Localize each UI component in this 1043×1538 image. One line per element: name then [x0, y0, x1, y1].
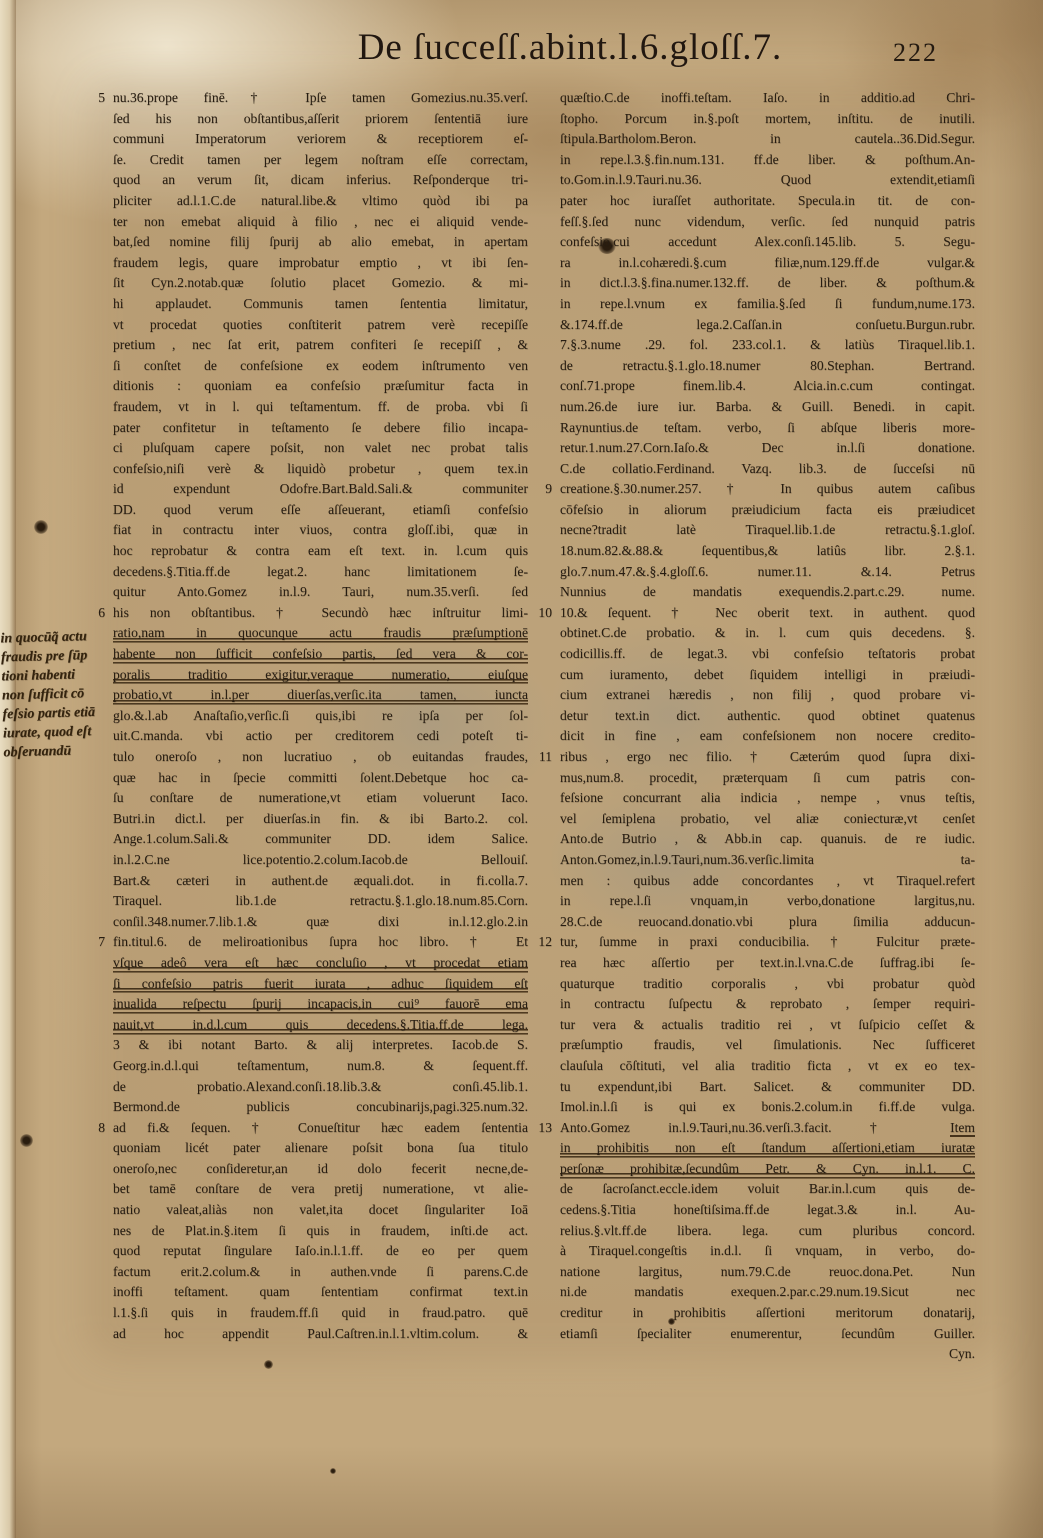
text-line: tulo oneroſo , non lucratiuo , ob euitan… [113, 747, 528, 768]
line-text: probatio,vt in.l.per diuerſas,verſic.ita… [113, 687, 528, 702]
text-line: bet tamē conſtare de vera pretij numerat… [113, 1179, 528, 1200]
line-text: inualida reſpectu ſpurij incapacis,in cu… [113, 996, 528, 1011]
line-text: quæſtio.C.de inoffi.teſtam. Iaſo. in add… [560, 90, 975, 105]
text-line: Raynuntius.de teſtam. verbo, ſi abſque l… [560, 418, 975, 439]
text-line: &.174.ff.de lega.2.Caſſan.in conſuetu.Bu… [560, 315, 975, 336]
text-line: præſumptio fraudis, vel ſimulationis. Ne… [560, 1035, 975, 1056]
underlined-word: Item [950, 1120, 975, 1135]
text-line: in repe.l.vnum ex familia.§.ſed ſi fundu… [560, 294, 975, 315]
text-line: hi applaudet. Communis tamen ſententia l… [113, 294, 528, 315]
margin-number: 13 [524, 1118, 552, 1139]
line-text: Anton.Gomez,in.l.9.Tauri,num.36.verſic.l… [560, 852, 975, 867]
handwritten-marginalia: in quocūq̃ actufraudis pre ſūptioni habe… [0, 627, 111, 763]
line-text: cium extranei hæredis , non filij , quod… [560, 687, 975, 702]
line-text: 10.& ſequent. † Nec oberit text. in auth… [560, 605, 975, 620]
line-text: tulo oneroſo , non lucratiuo , ob euitan… [113, 749, 528, 764]
line-text: vt procedat quoties conſtiterit patrem v… [113, 317, 528, 332]
line-text: in dict.l.3.§.fina.numer.132.ff. de libe… [560, 275, 975, 290]
text-line: Bermond.de publicis concubinarijs,pagi.3… [113, 1097, 528, 1118]
margin-number: 6 [77, 603, 105, 624]
line-text: Raynuntius.de teſtam. verbo, ſi abſque l… [560, 420, 975, 435]
text-line: retur.1.num.27.Corn.Iaſo.& Dec in.l.ſi d… [560, 438, 975, 459]
line-text: natione largitus, num.79.C.de reuoc.dona… [560, 1264, 975, 1279]
text-line: Ange.1.colum.Sali.& communiter DD. idem … [113, 829, 528, 850]
line-text: l.1.§.ſi quis in fraudem.ff.ſi quid in f… [113, 1305, 528, 1320]
text-line: quod an verum ſit, dicam inferius. Reſpo… [113, 170, 528, 191]
text-line: tu expendunt,ibi Bart. Salicet. & commun… [560, 1077, 975, 1098]
text-line: vel ſemiplena probatio, vel aliæ coniect… [560, 809, 975, 830]
text-line: fraudem, vt in l. qui teſtamentum. ff. d… [113, 397, 528, 418]
line-text: ter non emebat aliquid à filio , nec ei … [113, 214, 528, 229]
text-line: ſed his non obſtantibus,aſſerit priorem … [113, 109, 528, 130]
text-column-right: quæſtio.C.de inoffi.teſtam. Iaſo. in add… [560, 88, 975, 1365]
text-line: ſe. Credit tamen per legem noſtram eſſe … [113, 150, 528, 171]
text-line: ſu conſtare de numeratione,vt etiam volu… [113, 788, 528, 809]
line-text: pretium , nec ſat erit, patrem confiteri… [113, 337, 528, 352]
line-text: Ange.1.colum.Sali.& communiter DD. idem … [113, 831, 528, 846]
line-text: fraudem, vt in l. qui teſtamentum. ff. d… [113, 399, 528, 414]
text-line: nauit,vt in.d.l.cum quis decedens.§.Titi… [113, 1015, 528, 1036]
text-line: 28.C.de reuocand.donatio.vbi plura ſimil… [560, 912, 975, 933]
text-column-left: 5nu.36.prope finē.† Ipſe tamen Gomezius.… [113, 88, 528, 1344]
text-line: num.26.de iure iur. Barba. & Guill. Bene… [560, 397, 975, 418]
text-line: dicit in fine , eam confeſsionem non noc… [560, 726, 975, 747]
text-line: ſit Cyn.2.notab.quæ ſolutio placet Gomez… [113, 273, 528, 294]
text-line: pliciter ad.l.1.C.de natural.libe.& vlti… [113, 191, 528, 212]
line-text: pater confitetur in teſtamento ſe debere… [113, 420, 528, 435]
line-text: à Tiraquel.congeſtis in.d.l. ſi vnquam, … [560, 1243, 975, 1258]
line-text: obtinet.C.de probatio. & in. l. cum quis… [560, 625, 975, 640]
adjacent-page-edge [0, 0, 16, 1538]
line-text: de probatio.Alexand.conſi.18.lib.3.& con… [113, 1079, 528, 1094]
text-line: rea hæc aſſertio per text.in.l.vna.C.de … [560, 953, 975, 974]
text-line: ſtipula.Bartholom.Beron. in cautela..36.… [560, 129, 975, 150]
line-text: ad fi.& ſequen. † Conueſtitur hæc eadem … [113, 1120, 528, 1135]
text-line: in repe.l.ſi vnquam,in verbo,donatione l… [560, 891, 975, 912]
text-line: quoniam licét pater alienare poſsit bona… [113, 1138, 528, 1159]
line-text: bet tamē conſtare de vera pretij numerat… [113, 1181, 528, 1196]
line-text: conſil.348.numer.7.lib.1.& quæ dixi in.l… [113, 914, 528, 929]
text-line: C.de collatio.Ferdinand. Vazq. lib.3. de… [560, 459, 975, 480]
line-text: men : quibus adde concordantes , vt Tira… [560, 873, 975, 888]
text-line: ter non emebat aliquid à filio , nec ei … [113, 212, 528, 233]
marginalia-line: feſsio partis etiā [2, 703, 110, 725]
line-text: hoc reprobatur & contra eam eſt text. in… [113, 543, 528, 558]
text-line: quæ hac in ſpecie committi ſolent.Debetq… [113, 768, 528, 789]
text-line: glo.&.l.ab Anaſtaſio,verſic.ſi quis,ibi … [113, 706, 528, 727]
margin-number: 7 [77, 932, 105, 953]
text-line: detur text.in dict. authentic. quod obti… [560, 706, 975, 727]
line-text: Anto.de Butrio , & Abb.in cap. quanuis. … [560, 831, 975, 846]
text-line: in dict.l.3.§.fina.numer.132.ff. de libe… [560, 273, 975, 294]
text-line: tur vera & actualis traditio rei , vt ſu… [560, 1015, 975, 1036]
margin-number: 9 [524, 479, 552, 500]
line-text: etiamſi ſpecialiter enumerentur, ſecundû… [560, 1326, 975, 1341]
line-text: detur text.in dict. authentic. quod obti… [560, 708, 975, 723]
text-line: feſſ.§.ſed nunc videndum, verſic. ſed nu… [560, 212, 975, 233]
line-text: in contractu ſuſpectu & reprobato , ſemp… [560, 996, 975, 1011]
line-text: confeſsio,cui accedunt Alex.conſi.145.li… [560, 234, 975, 249]
line-text: in repe.l.3.§.fin.num.131. ff.de liber. … [560, 152, 975, 167]
line-text: habente non ſufficit confeſsio partis, ſ… [113, 646, 528, 661]
text-line: obtinet.C.de probatio. & in. l. cum quis… [560, 623, 975, 644]
text-line: quitur Anto.Gomez in.l.9. Tauri, num.35.… [113, 582, 528, 603]
margin-number: 12 [524, 932, 552, 953]
text-line: confeſsio,niſi verè & liquidò probetur ,… [113, 459, 528, 480]
line-text: ribus , ergo nec filio. † Cæterúm quod ſ… [560, 749, 975, 764]
line-text: id expendunt Odofre.Bart.Bald.Sali.& com… [113, 481, 528, 496]
text-line: Anto.de Butrio , & Abb.in cap. quanuis. … [560, 829, 975, 850]
margin-number: 5 [77, 88, 105, 109]
text-line: glo.7.num.47.&.§.4.gloſſ.6. numer.11. &.… [560, 562, 975, 583]
text-line: ra in.l.cohæredi.§.cum filiæ,num.129.ff.… [560, 253, 975, 274]
line-text: codicillis.ff. de legat.3. vbi confeſsio… [560, 646, 975, 661]
line-text: oneroſo,nec conſideretur,an id dolo fece… [113, 1161, 528, 1176]
line-text: ſit Cyn.2.notab.quæ ſolutio placet Gomez… [113, 275, 528, 290]
line-text: 18.num.82.&.88.& ſequentibus,& latiûs li… [560, 543, 975, 558]
line-text: feſsione concurrant alia indicia , nempe… [560, 790, 975, 805]
line-text: in repe.l.vnum ex familia.§.ſed ſi fundu… [560, 296, 975, 311]
text-line: ditionis : quoniam ea confeſsio præſumit… [113, 376, 528, 397]
text-line: communi Imperatorum veriorem & receptior… [113, 129, 528, 150]
line-text: ad hoc appendit Paul.Caſtren.in.l.1.vlti… [113, 1326, 528, 1341]
text-line: Cyn. [560, 1344, 975, 1365]
text-line: fiat in contractu inter viuos, contra gl… [113, 520, 528, 541]
line-text: in.l.2.C.ne lice.potentio.2.colum.Iacob.… [113, 852, 528, 867]
line-text: natio valeat,aliàs non valet,ita docet ſ… [113, 1202, 528, 1217]
line-text: pater hoc iuraſſet authoritate. Specula.… [560, 193, 975, 208]
text-line: oneroſo,nec conſideretur,an id dolo fece… [113, 1159, 528, 1180]
text-line: natione largitus, num.79.C.de reuoc.dona… [560, 1262, 975, 1283]
line-text: in repe.l.ſi vnquam,in verbo,donatione l… [560, 893, 975, 908]
text-line: conſ.71.prope finem.lib.4. Alcia.in.c.cu… [560, 376, 975, 397]
text-line: l.1.§.ſi quis in fraudem.ff.ſi quid in f… [113, 1303, 528, 1324]
text-line: pater confitetur in teſtamento ſe debere… [113, 418, 528, 439]
line-text: fiat in contractu inter viuos, contra gl… [113, 522, 528, 537]
line-text: ditionis : quoniam ea confeſsio præſumit… [113, 378, 528, 393]
line-text: ci pluſquam capere poſsit, non valet nec… [113, 440, 528, 455]
text-line: cōfeſsio in aliorum præiudicium facta ei… [560, 500, 975, 521]
text-line: Georg.in.d.l.qui teſtamentum, num.8. & ſ… [113, 1056, 528, 1077]
text-line: id expendunt Odofre.Bart.Bald.Sali.& com… [113, 479, 528, 500]
text-line: etiamſi ſpecialiter enumerentur, ſecundû… [560, 1324, 975, 1345]
line-text: pliciter ad.l.1.C.de natural.libe.& vlti… [113, 193, 528, 208]
text-line: Nunnius de mandatis exequendis.2.part.c.… [560, 582, 975, 603]
text-line: ci pluſquam capere poſsit, non valet nec… [113, 438, 528, 459]
text-line: 3 & ibi notant Barto. & alij interpretes… [113, 1035, 528, 1056]
text-line: in contractu ſuſpectu & reprobato , ſemp… [560, 994, 975, 1015]
text-line: ad hoc appendit Paul.Caſtren.in.l.1.vlti… [113, 1324, 528, 1345]
text-line: quod reputat ſingulare Iaſo.in.l.1.ff. d… [113, 1241, 528, 1262]
text-line: de retractu.§.1.glo.18.numer 80.Stephan.… [560, 356, 975, 377]
line-text: creditur in prohibitis aſſertioni merito… [560, 1305, 975, 1320]
text-line: cium extranei hæredis , non filij , quod… [560, 685, 975, 706]
text-line: vſque adeô vera eſt hæc concluſio , vt p… [113, 953, 528, 974]
line-text: conſ.71.prope finem.lib.4. Alcia.in.c.cu… [560, 378, 975, 393]
line-text: ratio,nam in quocunque actu fraudis præſ… [113, 625, 528, 640]
text-line: habente non ſufficit confeſsio partis, ſ… [113, 644, 528, 665]
text-line: 1010.& ſequent. † Nec oberit text. in au… [560, 603, 975, 624]
line-text: quaturque traditio corporalis , vbi prob… [560, 976, 975, 991]
text-line: 8ad fi.& ſequen. † Conueſtitur hæc eadem… [113, 1118, 528, 1139]
text-line: clauſula cōſtituti, vel alia traditio fi… [560, 1056, 975, 1077]
line-text: quoniam licét pater alienare poſsit bona… [113, 1140, 528, 1155]
line-text: Imol.in.l.ſi is qui ex bonis.2.colum.in … [560, 1099, 975, 1114]
line-text: præſumptio fraudis, vel ſimulationis. Ne… [560, 1037, 975, 1052]
line-text: &.174.ff.de lega.2.Caſſan.in conſuetu.Bu… [560, 317, 975, 332]
line-text: clauſula cōſtituti, vel alia traditio fi… [560, 1058, 975, 1073]
page-number: 222 [893, 38, 938, 68]
text-line: relius.§.vlt.ff.de libera. lega. cum plu… [560, 1221, 975, 1242]
line-text: fin.titul.6. de meliroationibus ſupra ho… [113, 934, 528, 949]
line-text: Georg.in.d.l.qui teſtamentum, num.8. & ſ… [113, 1058, 528, 1073]
line-text: ſi confeſsio patris fuerit iurata , adhu… [113, 976, 528, 991]
text-line: inualida reſpectu ſpurij incapacis,in cu… [113, 994, 528, 1015]
line-text: to.Gom.in.l.9.Tauri.nu.36. Quod extendit… [560, 172, 975, 187]
line-text: cōfeſsio in aliorum præiudicium facta ei… [560, 502, 975, 517]
line-text: 3 & ibi notant Barto. & alij interpretes… [113, 1037, 528, 1052]
text-line: Tiraquel. lib.1.de retractu.§.1.glo.18.n… [113, 891, 528, 912]
line-text: creatione.§.30.numer.257. † In quibus au… [560, 481, 975, 496]
text-line: mus,num.8. procedit, præterquam ſi cum p… [560, 768, 975, 789]
line-text: cedens.§.Titia honeſtiſsima.ff.de legat.… [560, 1202, 975, 1217]
line-text: ra in.l.cohæredi.§.cum filiæ,num.129.ff.… [560, 255, 975, 270]
line-text: nauit,vt in.d.l.cum quis decedens.§.Titi… [113, 1017, 528, 1032]
line-text: retur.1.num.27.Corn.Iaſo.& Dec in.l.ſi d… [560, 440, 975, 455]
text-line: cum iuramento, debet ſiquidem intelligi … [560, 665, 975, 686]
text-line: 18.num.82.&.88.& ſequentibus,& latiûs li… [560, 541, 975, 562]
text-line: ſi conſtet de confeſsione ex eodem inſtr… [113, 356, 528, 377]
text-line: 7fin.titul.6. de meliroationibus ſupra h… [113, 932, 528, 953]
text-line: inoffi teſtament. quam ſententiam confir… [113, 1282, 528, 1303]
line-text: vſque adeô vera eſt hæc concluſio , vt p… [113, 955, 528, 970]
text-line: de ſacroſanct.eccle.idem voluit Bar.in.l… [560, 1179, 975, 1200]
text-line: quæſtio.C.de inoffi.teſtam. Iaſo. in add… [560, 88, 975, 109]
text-line: DD. quod verum eſſe aſſeuerant, etiamſi … [113, 500, 528, 521]
line-text: quod reputat ſingulare Iaſo.in.l.1.ff. d… [113, 1243, 528, 1258]
line-text: fraudem legis, quare improbatur emptio ,… [113, 255, 528, 270]
scanned-book-page: { "header": { "title": "De ſucceſſ.abint… [0, 0, 1043, 1538]
text-line: ni.de mandatis exequen.2.par.c.29.num.19… [560, 1282, 975, 1303]
line-text: quæ hac in ſpecie committi ſolent.Debetq… [113, 770, 528, 785]
line-text: tur, ſumme in praxi conducibilia. † Fulc… [560, 934, 975, 949]
text-line: natio valeat,aliàs non valet,ita docet ſ… [113, 1200, 528, 1221]
text-line: ratio,nam in quocunque actu fraudis præſ… [113, 623, 528, 644]
line-text: ſed his non obſtantibus,aſſerit priorem … [113, 111, 528, 126]
text-line: Imol.in.l.ſi is qui ex bonis.2.colum.in … [560, 1097, 975, 1118]
line-text: mus,num.8. procedit, præterquam ſi cum p… [560, 770, 975, 785]
line-text: his non obſtantibus. † Secundò hæc inſtr… [113, 605, 528, 620]
page-title: De ſucceſſ.abint.l.6.gloſſ.7. [300, 26, 840, 69]
line-text: 7.§.3.nume .29. fol. 233.col.1. & latiùs… [560, 337, 975, 352]
line-text: poralis traditio exigitur,veraque numera… [113, 667, 528, 682]
text-line: 13Anto.Gomez in.l.9.Tauri,nu.36.verſi.3.… [560, 1118, 975, 1139]
line-text: de retractu.§.1.glo.18.numer 80.Stephan.… [560, 358, 975, 373]
line-text: ſtopho. Porcum in.§.poſt mortem, inſtitu… [560, 111, 975, 126]
text-line: ſi confeſsio patris fuerit iurata , adhu… [113, 974, 528, 995]
marginalia-line: obſeruandū [3, 741, 111, 763]
text-line: vt procedat quoties conſtiterit patrem v… [113, 315, 528, 336]
line-text: necne?tradit latè Tiraquel.lib.1.de retr… [560, 522, 975, 537]
text-line: 11ribus , ergo nec filio. † Cæterúm quod… [560, 747, 975, 768]
line-text: ſtipula.Bartholom.Beron. in cautela..36.… [560, 131, 975, 146]
text-line: nes de Plat.in.§.item ſi quis in fraudem… [113, 1221, 528, 1242]
line-text: quitur Anto.Gomez in.l.9. Tauri, num.35.… [113, 584, 528, 599]
line-text: glo.&.l.ab Anaſtaſio,verſic.ſi quis,ibi … [113, 708, 528, 723]
line-text: 28.C.de reuocand.donatio.vbi plura ſimil… [560, 914, 975, 929]
line-text: ſi conſtet de confeſsione ex eodem inſtr… [113, 358, 528, 373]
text-line: conſil.348.numer.7.lib.1.& quæ dixi in.l… [113, 912, 528, 933]
line-text: in prohibitis non eſt ſtandum aſſertioni… [560, 1140, 975, 1155]
line-text: rea hæc aſſertio per text.in.l.vna.C.de … [560, 955, 975, 970]
text-line: bat,ſed nomine filij ſpurij ab alio emeb… [113, 232, 528, 253]
text-line: 9creatione.§.30.numer.257. † In quibus a… [560, 479, 975, 500]
text-line: Bart.& cæteri in authent.de æquali.dot. … [113, 871, 528, 892]
text-line: confeſsio,cui accedunt Alex.conſi.145.li… [560, 232, 975, 253]
line-text: decedens.§.Titia.ff.de legat.2. hanc lim… [113, 564, 528, 579]
text-line: cedens.§.Titia honeſtiſsima.ff.de legat.… [560, 1200, 975, 1221]
margin-number: 10 [524, 603, 552, 624]
line-text: ſe. Credit tamen per legem noſtram eſſe … [113, 152, 528, 167]
text-line: à Tiraquel.congeſtis in.d.l. ſi vnquam, … [560, 1241, 975, 1262]
line-text: relius.§.vlt.ff.de libera. lega. cum plu… [560, 1223, 975, 1238]
line-text: tu expendunt,ibi Bart. Salicet. & commun… [560, 1079, 975, 1094]
text-line: creditur in prohibitis aſſertioni merito… [560, 1303, 975, 1324]
text-line: men : quibus adde concordantes , vt Tira… [560, 871, 975, 892]
text-line: hoc reprobatur & contra eam eſt text. in… [113, 541, 528, 562]
line-text: Tiraquel. lib.1.de retractu.§.1.glo.18.n… [113, 893, 528, 908]
running-header: De ſucceſſ.abint.l.6.gloſſ.7. 222 [0, 26, 1043, 84]
text-line: perſonæ prohibitæ,ſecundûm Petr. & Cyn. … [560, 1159, 975, 1180]
line-text: DD. quod verum eſſe aſſeuerant, etiamſi … [113, 502, 528, 517]
text-line: to.Gom.in.l.9.Tauri.nu.36. Quod extendit… [560, 170, 975, 191]
line-text: de ſacroſanct.eccle.idem voluit Bar.in.l… [560, 1181, 975, 1196]
line-text: nu.36.prope finē.† Ipſe tamen Gomezius.n… [113, 90, 528, 105]
margin-number: 8 [77, 1118, 105, 1139]
text-line: probatio,vt in.l.per diuerſas,verſic.ita… [113, 685, 528, 706]
line-text: nes de Plat.in.§.item ſi quis in fraudem… [113, 1223, 528, 1238]
text-line: in prohibitis non eſt ſtandum aſſertioni… [560, 1138, 975, 1159]
text-line: Anton.Gomez,in.l.9.Tauri,num.36.verſic.l… [560, 850, 975, 871]
text-line: decedens.§.Titia.ff.de legat.2. hanc lim… [113, 562, 528, 583]
line-text: num.26.de iure iur. Barba. & Guill. Bene… [560, 399, 975, 414]
text-line: in.l.2.C.ne lice.potentio.2.colum.Iacob.… [113, 850, 528, 871]
text-line: feſsione concurrant alia indicia , nempe… [560, 788, 975, 809]
line-text: factum erit.2.colum.& in authen.vnde ſi … [113, 1264, 528, 1279]
line-text: Bart.& cæteri in authent.de æquali.dot. … [113, 873, 528, 888]
margin-number: 11 [524, 747, 552, 768]
text-line: ſtopho. Porcum in.§.poſt mortem, inſtitu… [560, 109, 975, 130]
line-text: uit.C.manda. vbi actio per creditorem ce… [113, 728, 528, 743]
text-line: 7.§.3.nume .29. fol. 233.col.1. & latiùs… [560, 335, 975, 356]
text-line: pater hoc iuraſſet authoritate. Specula.… [560, 191, 975, 212]
line-text: glo.7.num.47.&.§.4.gloſſ.6. numer.11. &.… [560, 564, 975, 579]
text-line: codicillis.ff. de legat.3. vbi confeſsio… [560, 644, 975, 665]
line-text: Anto.Gomez in.l.9.Tauri,nu.36.verſi.3.fa… [560, 1120, 950, 1135]
text-line: quaturque traditio corporalis , vbi prob… [560, 974, 975, 995]
text-line: Butri.in dict.l. per diuerſas.in fin. & … [113, 809, 528, 830]
line-text: cum iuramento, debet ſiquidem intelligi … [560, 667, 975, 682]
line-text: dicit in fine , eam confeſsionem non noc… [560, 728, 975, 743]
line-text: communi Imperatorum veriorem & receptior… [113, 131, 528, 146]
text-line: necne?tradit latè Tiraquel.lib.1.de retr… [560, 520, 975, 541]
line-text: Bermond.de publicis concubinarijs,pagi.3… [113, 1099, 528, 1114]
text-line: 12tur, ſumme in praxi conducibilia. † Fu… [560, 932, 975, 953]
line-text: Nunnius de mandatis exequendis.2.part.c.… [560, 584, 975, 599]
line-text: feſſ.§.ſed nunc videndum, verſic. ſed nu… [560, 214, 975, 229]
line-text: Cyn. [949, 1346, 975, 1361]
text-line: poralis traditio exigitur,veraque numera… [113, 665, 528, 686]
line-text: hi applaudet. Communis tamen ſententia l… [113, 296, 528, 311]
line-text: Butri.in dict.l. per diuerſas.in fin. & … [113, 811, 528, 826]
text-line: uit.C.manda. vbi actio per creditorem ce… [113, 726, 528, 747]
text-line: pretium , nec ſat erit, patrem confiteri… [113, 335, 528, 356]
line-text: confeſsio,niſi verè & liquidò probetur ,… [113, 461, 528, 476]
text-line: 5nu.36.prope finē.† Ipſe tamen Gomezius.… [113, 88, 528, 109]
line-text: ni.de mandatis exequen.2.par.c.29.num.19… [560, 1284, 975, 1299]
line-text: C.de collatio.Ferdinand. Vazq. lib.3. de… [560, 461, 975, 476]
line-text: quod an verum ſit, dicam inferius. Reſpo… [113, 172, 528, 187]
line-text: perſonæ prohibitæ,ſecundûm Petr. & Cyn. … [560, 1161, 975, 1176]
line-text: tur vera & actualis traditio rei , vt ſu… [560, 1017, 975, 1032]
line-text: vel ſemiplena probatio, vel aliæ coniect… [560, 811, 975, 826]
text-line: factum erit.2.colum.& in authen.vnde ſi … [113, 1262, 528, 1283]
text-line: de probatio.Alexand.conſi.18.lib.3.& con… [113, 1077, 528, 1098]
text-line: in repe.l.3.§.fin.num.131. ff.de liber. … [560, 150, 975, 171]
text-line: fraudem legis, quare improbatur emptio ,… [113, 253, 528, 274]
text-line: 6his non obſtantibus. † Secundò hæc inſt… [113, 603, 528, 624]
line-text: inoffi teſtament. quam ſententiam confir… [113, 1284, 528, 1299]
line-text: bat,ſed nomine filij ſpurij ab alio emeb… [113, 234, 528, 249]
line-text: ſu conſtare de numeratione,vt etiam volu… [113, 790, 528, 805]
